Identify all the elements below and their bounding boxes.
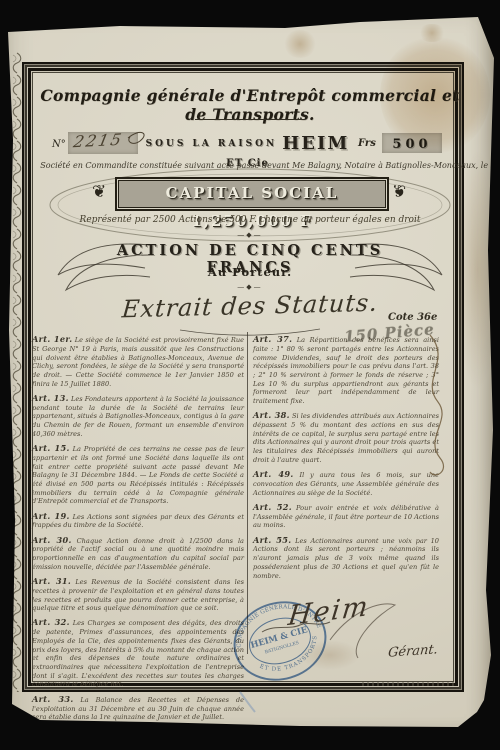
article: Art. 38. Si les dividendes attribués aux… — [253, 410, 439, 464]
statutes-column-left: Art. 1er. Le siège de la Société est pro… — [32, 334, 244, 726]
title-rule — [195, 119, 305, 120]
article: Art. 55. Les Actionnaires auront une voi… — [253, 535, 439, 581]
paper-stain — [455, 150, 500, 390]
printer-imprint — [362, 682, 454, 686]
raison-name: HEIM — [282, 133, 349, 154]
article: Art. 32. Les Charges se composent des dé… — [32, 617, 244, 689]
photographed-share-certificate: { "colors": { "background": "#090909", "… — [0, 0, 500, 750]
constitution-line: Société en Commandite constituée suivant… — [40, 160, 459, 170]
share-number-handwritten: 2215 — [72, 130, 125, 152]
small-divider-top: —◆— — [230, 231, 270, 239]
article: Art. 15. La Propriété de ces terrains ne… — [32, 443, 244, 506]
article: Art. 19. Les Actions sont signées par de… — [32, 511, 244, 531]
article: Art. 52. Pour avoir entrée et voix délib… — [253, 502, 439, 530]
article: Art. 1er. Le siège de la Société est pro… — [32, 334, 244, 388]
banner-fleuron-left-icon: ❦ — [92, 182, 106, 202]
capital-banner: CAPITAL SOCIAL 1,250,000 F — [115, 177, 389, 211]
share-value-box: 500 — [382, 133, 442, 153]
represented-line: Représenté par 2500 Actions de 500 F. ch… — [60, 215, 440, 225]
share-number-label: N° — [52, 139, 66, 150]
article: Art. 33. La Balance des Recettes et Dépe… — [32, 694, 244, 722]
share-value: 500 — [392, 137, 431, 152]
article: Art. 37. La Répartition des bénéfices se… — [253, 334, 439, 406]
certificate-paper: Compagnie générale d'Entrepôt commercial… — [0, 0, 500, 750]
small-divider-bottom: —◆— — [220, 283, 280, 291]
banner-fleuron-right-icon: ❦ — [392, 182, 406, 202]
raison-prefix: SOUS LA RAISON — [146, 139, 278, 149]
left-ornament-strip — [9, 52, 24, 692]
article: Art. 30. Chaque Action donne droit à 1/2… — [32, 535, 244, 572]
article: Art. 13. Les Fondateurs apportent à la S… — [32, 393, 244, 439]
article: Art. 49. Il y aura tous les 6 mois, sur … — [253, 469, 439, 497]
article: Art. 31. Les Revenus de la Société consi… — [32, 576, 244, 613]
paper-stain — [418, 24, 446, 42]
paper-stain — [283, 30, 317, 58]
currency-label: Frs — [358, 138, 376, 149]
statutes-column-right: Art. 37. La Répartition des bénéfices se… — [253, 334, 439, 585]
bearer-line: Au Porteur. — [190, 265, 310, 279]
